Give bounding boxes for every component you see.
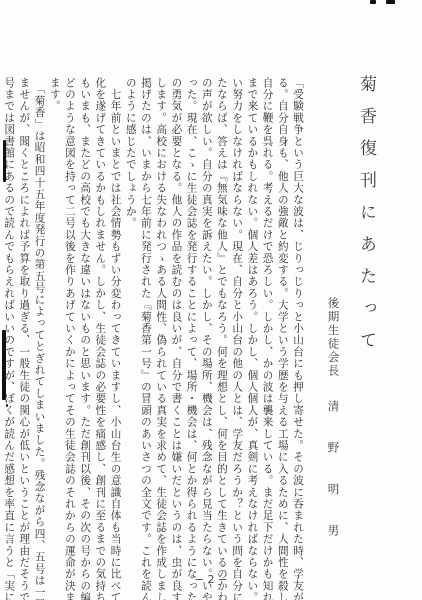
text-column: った。現在、こゝに生徒会誌を発行することによって、場所・機会は、何とか得られるよ… [183, 77, 198, 562]
text-column: ます。 [47, 77, 62, 562]
text-column: どのような意図を持って二号以後を作りあげていくかによってその生徒会誌のそれからの… [62, 77, 77, 562]
text-column: ませんが、聞くところによれば予算を取り過ぎる、一般生徒の関心が低いということが理… [16, 77, 31, 562]
author-name: 清野明男 [327, 400, 341, 566]
author-block: 後期生徒会長清野明男 [327, 297, 339, 566]
text-column: 化を遂げてきているかもしれません。しかし、生徒会誌の必要性を痛感し、創刊に至るま… [92, 77, 107, 562]
text-column: 「菊香」は昭和四十五年度発行の第五号によってとぎれてしまいました。残念ながら四、… [31, 77, 46, 562]
author-role: 後期生徒会長 [327, 297, 341, 378]
text-column: る。自分自身も、他人の強敵と約変する。大学という学歴を与える工場に入るために、人… [275, 77, 290, 562]
text-column: の勇気が必要となる。他人の作品を読むのは良いが、自分で書くことは嫌いだというのは… [168, 77, 183, 562]
text-column: もいまも、またどの高校でも大きな違いはないものと思います。ただ創刊以後、その次の… [77, 77, 92, 562]
text-column: 掲げたのは、いまから七年前に発行された『菊香第一号』の冒頭のあいさつの全文です。… [138, 77, 153, 562]
scan-mark [370, 0, 376, 4]
scan-mark [386, 0, 395, 4]
text-column: 号までは図書館にあるので読んでもらえればいいのですが、ぼくが読んだ感想を率直に言… [1, 77, 16, 562]
text-column: します。高校における失なわれつゝある人間性、偽られている真実を求めて、生徒会誌を… [153, 77, 168, 562]
page-number: − 2 − [0, 573, 422, 586]
text-column: たならば、答えは『無気味な他人』とでもなろう。何を理想とし、何を目的として生きて… [214, 77, 229, 562]
text-column: 七年前といまとでは社会情勢もずい分変わってきていますし、小山台生の意識自体も当時… [107, 77, 122, 562]
text-column: 自分に鞭を呉れる。考えるだけで恐ろしい。しかし、かの波は襲来している。まだ足下だ… [259, 77, 274, 562]
text-column: まで来ているかもしれない。個人差はあろう。しかし、個人個人が、真剣に考えなければ… [244, 77, 259, 562]
text-column: のように感じたでしょうか。 [123, 77, 138, 562]
document-page: 菊香復刊にあたって 後期生徒会長清野明男 「受験戦争という巨大な波は、じりっじり… [0, 0, 422, 600]
text-column: の声が欲しい。自分の真実を訴えたい。しかし、その場所、機会は、残念ながら見当たら… [199, 77, 214, 562]
text-column: 「受験戦争という巨大な波は、じりっじりっと小山台にも押し寄せた。その波に呑まれた… [290, 77, 305, 562]
article-title: 菊香復刊にあたって [357, 75, 374, 363]
text-column: い努力をしなければならない。現在、自分と小山台の他の人とは、学友だろうか？という… [229, 77, 244, 562]
article-body: 「受験戦争という巨大な波は、じりっじりっと小山台にも押し寄せた。その波に呑まれた… [1, 77, 305, 562]
